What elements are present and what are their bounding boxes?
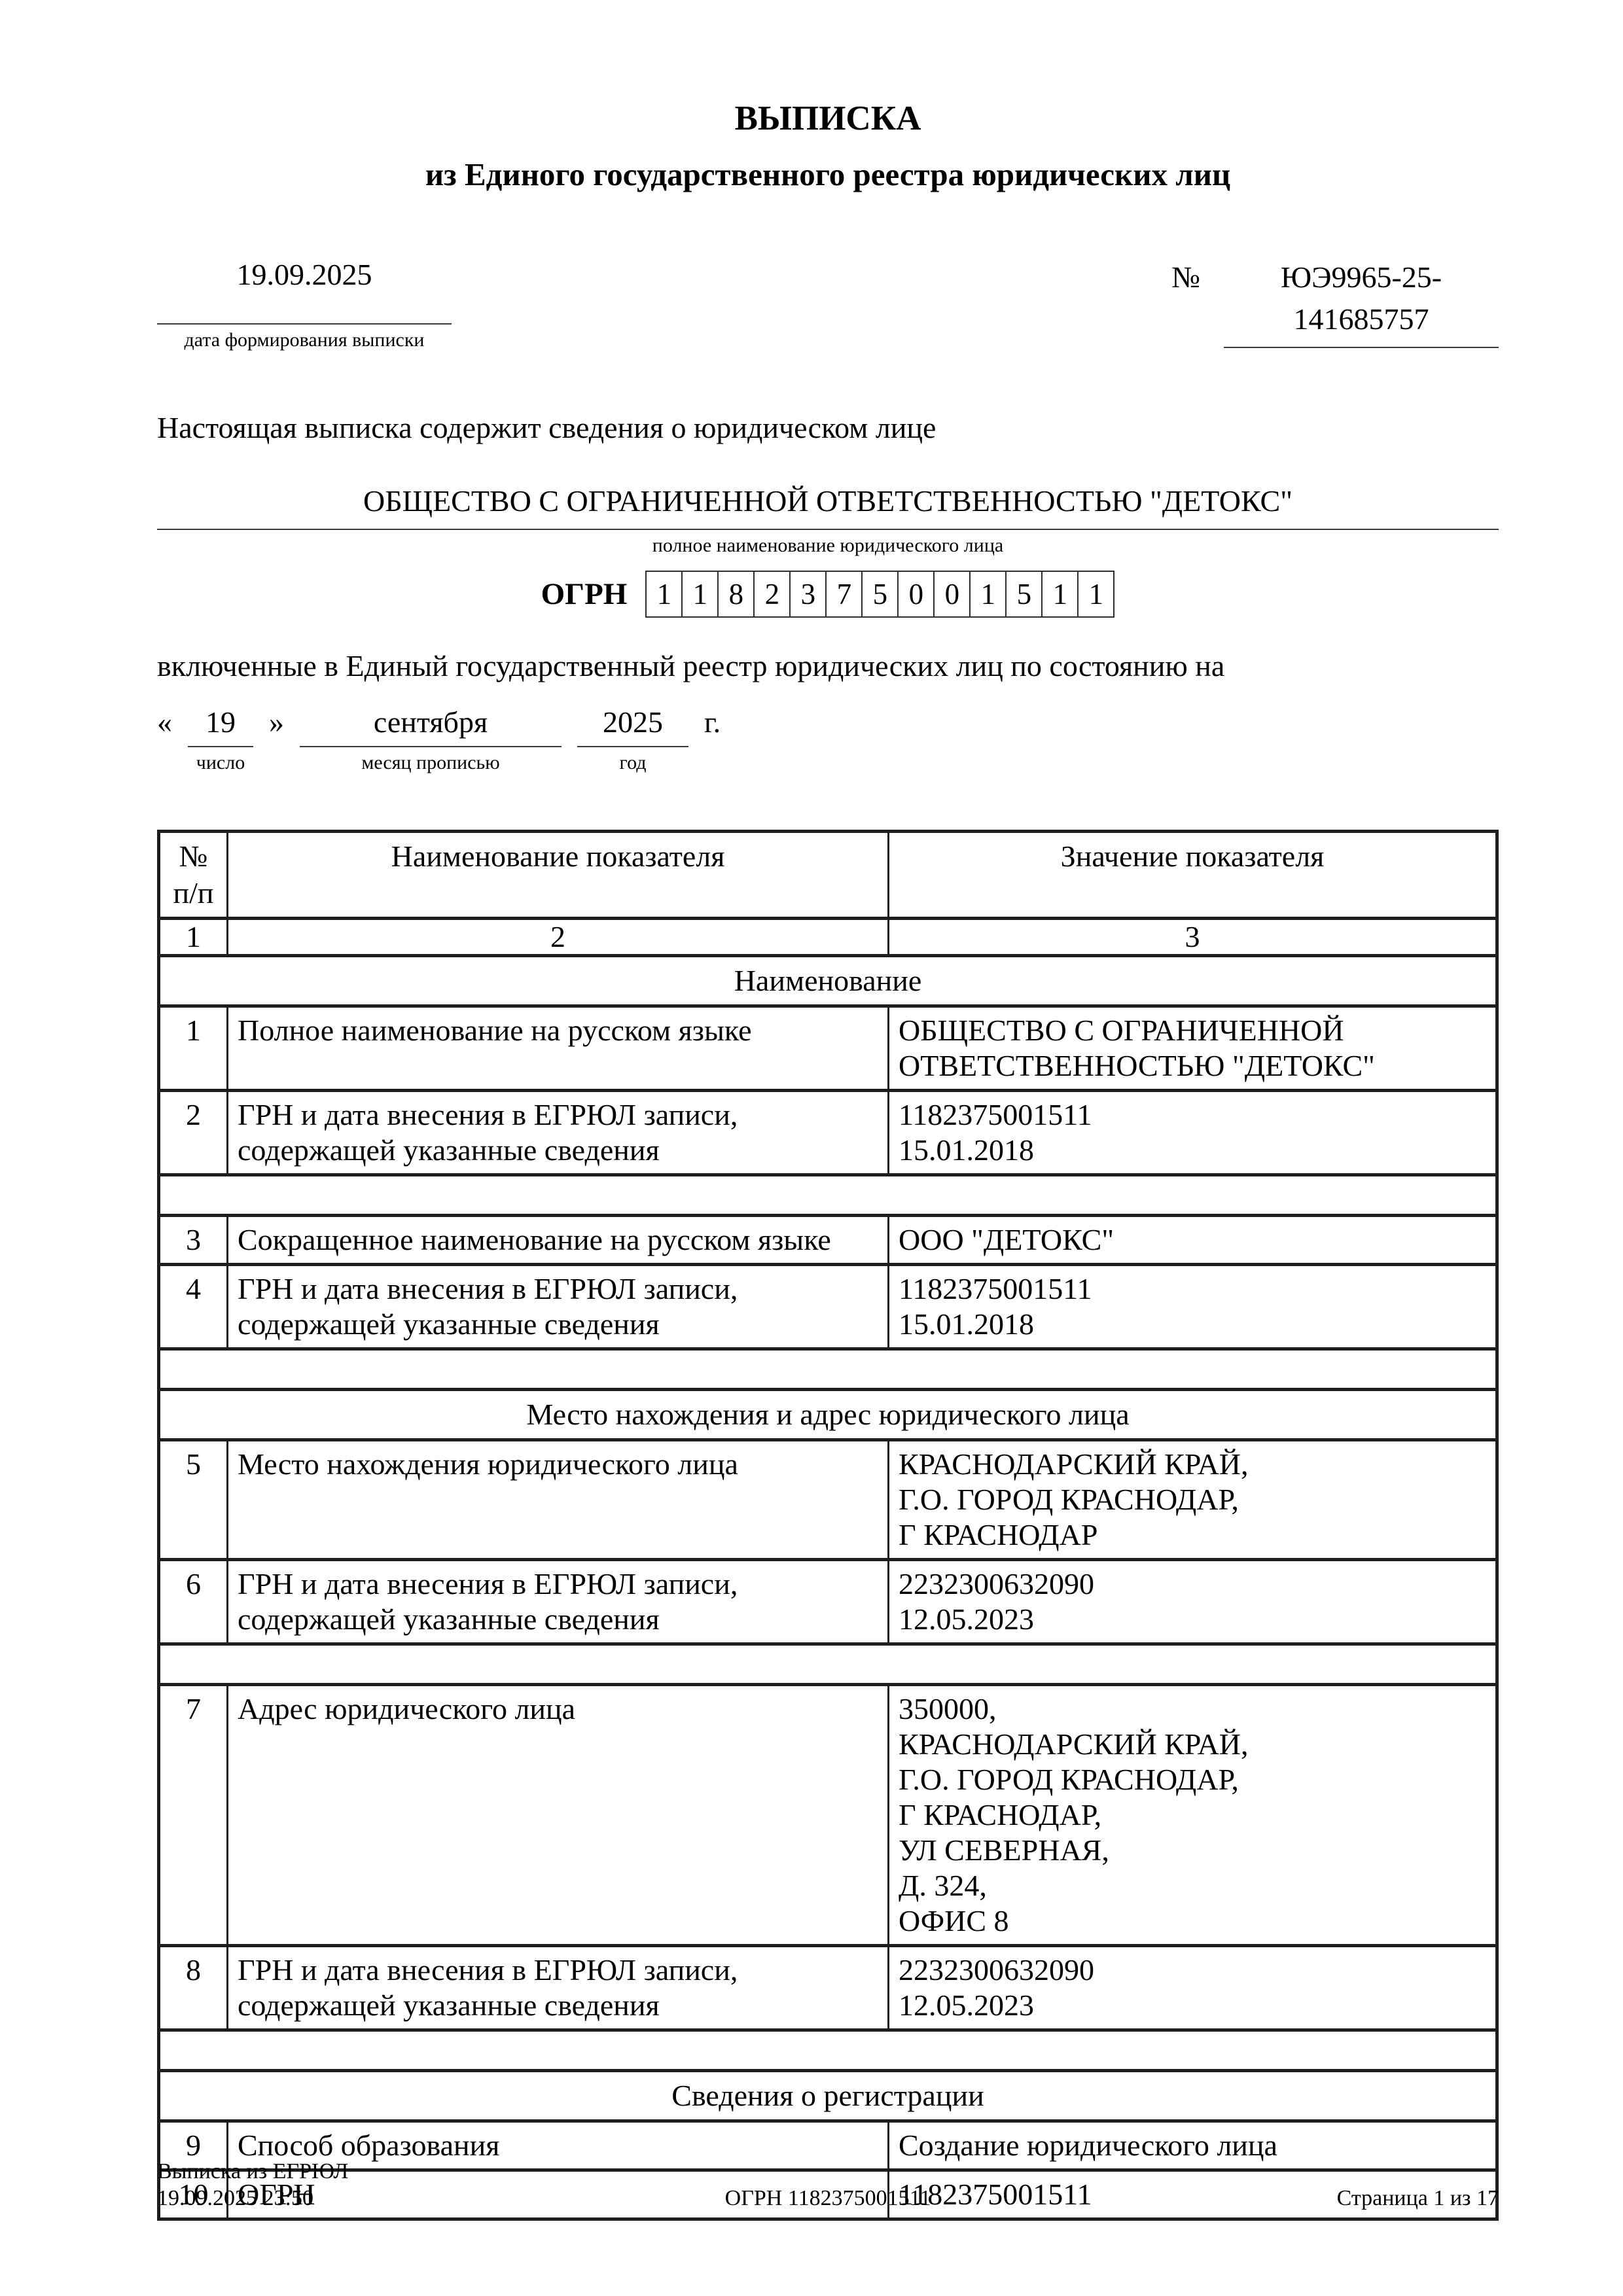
as-of-day-underline bbox=[188, 746, 253, 747]
section-title: Наименование bbox=[159, 956, 1497, 1006]
spacer-row bbox=[159, 2030, 1497, 2071]
close-quote: » bbox=[269, 704, 284, 741]
value-line: ОБЩЕСТВО С ОГРАНИЧЕННОЙ bbox=[899, 1013, 1486, 1048]
table-row: 6ГРН и дата внесения в ЕГРЮЛ записи, сод… bbox=[159, 1560, 1497, 1644]
value-line: 350000, bbox=[899, 1691, 1486, 1727]
value-line: 1182375001511 bbox=[899, 1097, 1486, 1133]
ogrn-digit-box: 1 bbox=[681, 571, 719, 618]
value-line: Д. 324, bbox=[899, 1868, 1486, 1903]
row-number: 2 bbox=[159, 1091, 228, 1175]
ogrn-digit-box: 0 bbox=[933, 571, 971, 618]
formation-date-underline bbox=[157, 323, 452, 325]
section-row: Наименование bbox=[159, 956, 1497, 1006]
table-header-row: № п/п Наименование показателя Значение п… bbox=[159, 832, 1497, 919]
indicators-table: № п/п Наименование показателя Значение п… bbox=[157, 830, 1499, 2221]
as-of-year-underline bbox=[577, 746, 688, 747]
footer-left: Выписка из ЕГРЮЛ 19.09.2025 23:50 bbox=[157, 2158, 725, 2212]
numbering-cell-3: 3 bbox=[889, 919, 1497, 956]
formation-date-value: 19.09.2025 bbox=[157, 256, 452, 323]
number-sign: № bbox=[1171, 256, 1200, 298]
ogrn-digit-box: 1 bbox=[1077, 571, 1115, 618]
indicator-value: КРАСНОДАРСКИЙ КРАЙ,Г.О. ГОРОД КРАСНОДАР,… bbox=[889, 1440, 1497, 1560]
indicator-value: ООО "ДЕТОКС" bbox=[889, 1216, 1497, 1265]
ogrn-row: ОГРН 1182375001511 bbox=[157, 571, 1499, 618]
section-row: Сведения о регистрации bbox=[159, 2071, 1497, 2121]
value-line: 1182375001511 bbox=[899, 1271, 1486, 1307]
row-number: 7 bbox=[159, 1685, 228, 1946]
indicator-value: 118237500151115.01.2018 bbox=[889, 1265, 1497, 1349]
spacer-cell bbox=[159, 2030, 1497, 2071]
value-line: 15.01.2018 bbox=[899, 1133, 1486, 1168]
ogrn-digit-box: 1 bbox=[1041, 571, 1079, 618]
value-line: 12.05.2023 bbox=[899, 1988, 1486, 2023]
indicator-value: 223230063209012.05.2023 bbox=[889, 1946, 1497, 2030]
formation-date-block: 19.09.2025 дата формирования выписки bbox=[157, 256, 452, 352]
page-footer: Выписка из ЕГРЮЛ 19.09.2025 23:50 ОГРН 1… bbox=[157, 2158, 1499, 2212]
intro-line: Настоящая выписка содержит сведения о юр… bbox=[157, 410, 1499, 446]
row-number: 1 bbox=[159, 1006, 228, 1091]
value-line: Г.О. ГОРОД КРАСНОДАР, bbox=[899, 1482, 1486, 1517]
document-subtitle: из Единого государственного реестра юрид… bbox=[157, 156, 1499, 194]
indicator-name: ГРН и дата внесения в ЕГРЮЛ записи, соде… bbox=[228, 1265, 889, 1349]
section-title: Место нахождения и адрес юридического ли… bbox=[159, 1390, 1497, 1440]
ogrn-digit-box: 5 bbox=[861, 571, 899, 618]
footer-doc-type: Выписка из ЕГРЮЛ bbox=[157, 2158, 725, 2185]
spacer-row bbox=[159, 1349, 1497, 1390]
ogrn-digit-box: 2 bbox=[753, 571, 791, 618]
year-suffix: г. bbox=[704, 704, 721, 741]
spacer-cell bbox=[159, 1644, 1497, 1685]
as-of-day-label: число bbox=[188, 751, 253, 775]
ogrn-digit-box: 0 bbox=[897, 571, 935, 618]
indicator-name: Адрес юридического лица bbox=[228, 1685, 889, 1946]
indicator-name: Полное наименование на русском языке bbox=[228, 1006, 889, 1091]
column-numbering-row: 1 2 3 bbox=[159, 919, 1497, 956]
value-line: 2232300632090 bbox=[899, 1952, 1486, 1988]
as-of-month-field: сентября месяц прописью bbox=[300, 704, 562, 775]
table-row: 2ГРН и дата внесения в ЕГРЮЛ записи, сод… bbox=[159, 1091, 1497, 1175]
table-row: 1Полное наименование на русском языкеОБЩ… bbox=[159, 1006, 1497, 1091]
indicator-name: ГРН и дата внесения в ЕГРЮЛ записи, соде… bbox=[228, 1091, 889, 1175]
as-of-day-value: 19 bbox=[188, 704, 253, 746]
open-quote: « bbox=[157, 704, 172, 741]
indicator-name: Сокращенное наименование на русском язык… bbox=[228, 1216, 889, 1265]
spacer-row bbox=[159, 1644, 1497, 1685]
row-number: 4 bbox=[159, 1265, 228, 1349]
value-line: КРАСНОДАРСКИЙ КРАЙ, bbox=[899, 1727, 1486, 1762]
indicator-value: ОБЩЕСТВО С ОГРАНИЧЕННОЙОТВЕТСТВЕННОСТЬЮ … bbox=[889, 1006, 1497, 1091]
table-row: 3Сокращенное наименование на русском язы… bbox=[159, 1216, 1497, 1265]
spacer-cell bbox=[159, 1175, 1497, 1216]
footer-page-number: Страница 1 из 17 bbox=[931, 2185, 1499, 2212]
indicator-value: 350000,КРАСНОДАРСКИЙ КРАЙ,Г.О. ГОРОД КРА… bbox=[889, 1685, 1497, 1946]
indicator-name: Место нахождения юридического лица bbox=[228, 1440, 889, 1560]
reference-row: 19.09.2025 дата формирования выписки № Ю… bbox=[157, 256, 1499, 352]
numbering-cell-1: 1 bbox=[159, 919, 228, 956]
formation-date-label: дата формирования выписки bbox=[157, 328, 452, 352]
value-line: ОТВЕТСТВЕННОСТЬЮ "ДЕТОКС" bbox=[899, 1048, 1486, 1084]
as-of-date-row: « 19 число » сентября месяц прописью 202… bbox=[157, 704, 1499, 775]
column-header-value: Значение показателя bbox=[889, 832, 1497, 919]
as-of-year-value: 2025 bbox=[577, 704, 688, 746]
as-of-day-field: 19 число bbox=[188, 704, 253, 775]
footer-datetime: 19.09.2025 23:50 bbox=[157, 2185, 725, 2212]
table-row: 7Адрес юридического лица350000,КРАСНОДАР… bbox=[159, 1685, 1497, 1946]
ogrn-digit-boxes: 1182375001511 bbox=[645, 571, 1115, 618]
extract-number-block: № ЮЭ9965-25-141685757 bbox=[1171, 256, 1499, 348]
row-number: 8 bbox=[159, 1946, 228, 2030]
ogrn-digit-box: 3 bbox=[789, 571, 827, 618]
ogrn-digit-box: 7 bbox=[825, 571, 863, 618]
table-row: 4ГРН и дата внесения в ЕГРЮЛ записи, сод… bbox=[159, 1265, 1497, 1349]
value-line: КРАСНОДАРСКИЙ КРАЙ, bbox=[899, 1447, 1486, 1482]
as-of-month-value: сентября bbox=[300, 704, 562, 746]
footer-ogrn: ОГРН 1182375001511 bbox=[725, 2185, 931, 2212]
row-number: 3 bbox=[159, 1216, 228, 1265]
row-number: 6 bbox=[159, 1560, 228, 1644]
indicator-name: ГРН и дата внесения в ЕГРЮЛ записи, соде… bbox=[228, 1946, 889, 2030]
value-line: Г.О. ГОРОД КРАСНОДАР, bbox=[899, 1762, 1486, 1797]
value-line: ООО "ДЕТОКС" bbox=[899, 1222, 1486, 1258]
ogrn-digit-box: 1 bbox=[969, 571, 1007, 618]
company-name-label: полное наименование юридического лица bbox=[157, 534, 1499, 557]
company-full-name: ОБЩЕСТВО С ОГРАНИЧЕННОЙ ОТВЕТСТВЕННОСТЬЮ… bbox=[157, 483, 1499, 530]
extract-number-value: ЮЭ9965-25-141685757 bbox=[1224, 256, 1499, 348]
column-header-number: № п/п bbox=[159, 832, 228, 919]
value-line: ОФИС 8 bbox=[899, 1903, 1486, 1939]
table-row: 8ГРН и дата внесения в ЕГРЮЛ записи, сод… bbox=[159, 1946, 1497, 2030]
indicator-value: 118237500151115.01.2018 bbox=[889, 1091, 1497, 1175]
indicator-value: 223230063209012.05.2023 bbox=[889, 1560, 1497, 1644]
section-title: Сведения о регистрации bbox=[159, 2071, 1497, 2121]
numbering-cell-2: 2 bbox=[228, 919, 889, 956]
ogrn-digit-box: 8 bbox=[717, 571, 755, 618]
indicator-name: ГРН и дата внесения в ЕГРЮЛ записи, соде… bbox=[228, 1560, 889, 1644]
spacer-row bbox=[159, 1175, 1497, 1216]
table-row: 5Место нахождения юридического лицаКРАСН… bbox=[159, 1440, 1497, 1560]
egrul-extract-page: ВЫПИСКА из Единого государственного реес… bbox=[0, 0, 1623, 2296]
as-of-month-label: месяц прописью bbox=[300, 751, 562, 775]
value-line: 12.05.2023 bbox=[899, 1602, 1486, 1637]
section-row: Место нахождения и адрес юридического ли… bbox=[159, 1390, 1497, 1440]
value-line: 15.01.2018 bbox=[899, 1307, 1486, 1342]
value-line: УЛ СЕВЕРНАЯ, bbox=[899, 1833, 1486, 1868]
value-line: Г КРАСНОДАР bbox=[899, 1517, 1486, 1553]
spacer-cell bbox=[159, 1349, 1497, 1390]
document-title: ВЫПИСКА bbox=[157, 98, 1499, 139]
ogrn-digit-box: 5 bbox=[1005, 571, 1043, 618]
value-line: 2232300632090 bbox=[899, 1566, 1486, 1602]
row-number: 5 bbox=[159, 1440, 228, 1560]
value-line: Г КРАСНОДАР, bbox=[899, 1797, 1486, 1833]
as-of-year-label: год bbox=[577, 751, 688, 775]
column-header-name: Наименование показателя bbox=[228, 832, 889, 919]
as-of-month-underline bbox=[300, 746, 562, 747]
ogrn-digit-box: 1 bbox=[645, 571, 683, 618]
ogrn-label: ОГРН bbox=[541, 576, 628, 612]
included-line: включенные в Единый государственный реес… bbox=[157, 648, 1499, 684]
as-of-year-field: 2025 год bbox=[577, 704, 688, 775]
